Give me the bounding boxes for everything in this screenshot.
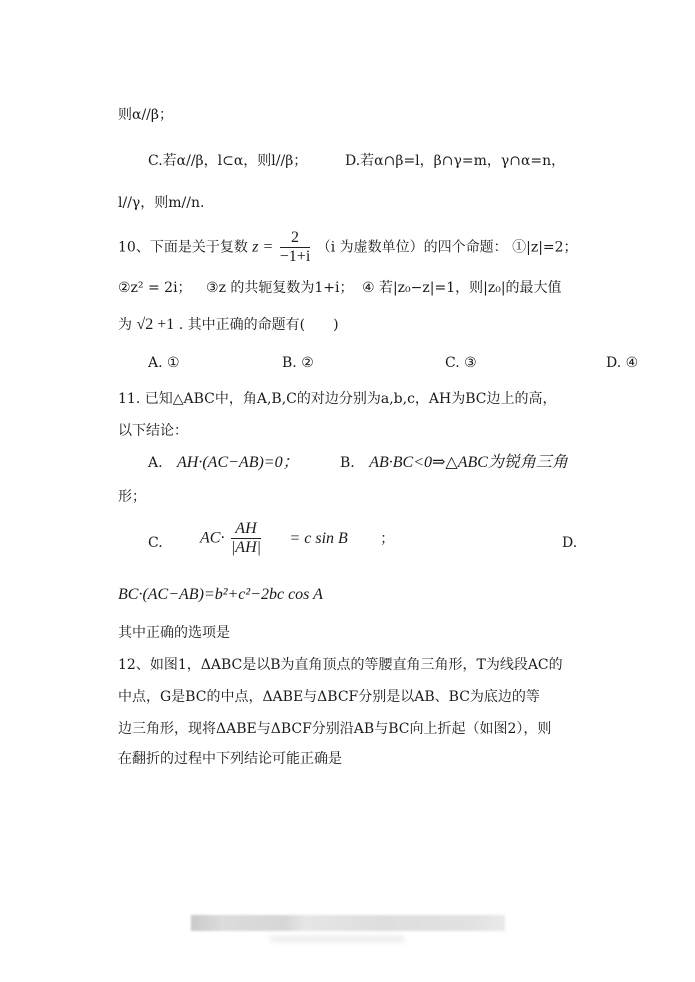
q11-option-c-left: AC· xyxy=(200,530,224,547)
q10-line2: ②z² = 2i； ③z 的共轭复数为1+i； ④ 若|z₀−z|=1，则|z₀… xyxy=(118,277,562,299)
q10-prefix: 10、下面是关于复数 xyxy=(118,240,248,256)
q10-option-d-value: ④ xyxy=(626,355,639,371)
q10-line3: 为 √2 +1 . 其中正确的命题有( ) xyxy=(118,314,339,336)
q10-fraction: 2 −1+i xyxy=(280,229,311,266)
q10-middle: （i 为虚数单位）的四个命题： xyxy=(317,240,508,256)
q10-option-b-value: ② xyxy=(301,355,314,371)
q10-sqrt-expr: √2 +1 xyxy=(136,316,174,333)
q10-z-eq: z = xyxy=(252,239,273,256)
blurred-watermark xyxy=(191,915,505,931)
q10-option-d: D. ④ xyxy=(606,352,638,374)
q12-line4: 在翻折的过程中下列结论可能正确是 xyxy=(118,748,342,770)
q10-line3-suffix: . 其中正确的命题有( ) xyxy=(179,317,339,333)
q10-option-b-label: B. xyxy=(282,355,297,371)
q12-line2: 中点，G是BC的中点，ΔABE与ΔBCF分别是以AB、BC为底边的等 xyxy=(118,686,540,708)
q11-line2: 以下结论： xyxy=(118,420,188,442)
q10-option-a-label: A. xyxy=(148,355,163,371)
q11-option-c-label: C. xyxy=(148,532,163,554)
q11-line1: 11. 已知△ABC中，角A,B,C的对边分别为a,b,c，AH为BC边上的高， xyxy=(118,388,557,410)
q10-frac-num: 2 xyxy=(280,229,311,247)
q11-option-c-right: = c sin B xyxy=(289,530,347,547)
q11-option-c-den: |AH| xyxy=(231,538,261,557)
q10-option-b: B. ② xyxy=(282,352,314,374)
q10-line3-prefix: 为 xyxy=(118,317,132,333)
q11-option-d-label: D. xyxy=(562,532,577,554)
q11-option-a: A. AH·(AC−AB)=0； xyxy=(148,452,299,474)
q11-option-b-label: B. xyxy=(340,455,355,471)
q11-option-c-end: ； xyxy=(380,531,394,547)
q10-line1: 10、下面是关于复数 z = 2 −1+i （i 为虚数单位）的四个命题： ①|… xyxy=(118,229,578,266)
q12-line1: 12、如图1，ΔABC是以B为直角顶点的等腰直角三角形，T为线段AC的 xyxy=(118,654,563,676)
q11-option-c-expr: AC· AH |AH| = c sin B ； xyxy=(200,520,394,557)
q11-closing: 其中正确的选项是 xyxy=(118,622,230,644)
q11-option-b-expr: AB·BC<0⇒△ABC为锐角三角 xyxy=(369,454,568,471)
q10-proposition-3: ③z 的共轭复数为1+i； xyxy=(206,280,354,296)
q10-proposition-2: ②z² = 2i； xyxy=(118,280,192,296)
q10-frac-den: −1+i xyxy=(280,247,311,266)
q10-option-a: A. ① xyxy=(148,352,180,374)
q10-proposition-1: ①|z|=2； xyxy=(512,240,577,256)
q11-option-d-expr: BC·(AC−AB)=b²+c²−2bc cos A xyxy=(118,584,323,606)
q9-option-d: D.若α∩β=l，β∩γ=m，γ∩α=n， xyxy=(345,150,565,172)
q11-option-c-num: AH xyxy=(231,520,261,538)
q10-option-d-label: D. xyxy=(606,355,621,371)
q11-option-b-cont: 形； xyxy=(118,486,146,508)
q11-option-a-expr: AH·(AC−AB)=0； xyxy=(177,454,299,471)
q11-option-c-fraction: AH |AH| xyxy=(231,520,261,557)
q10-option-c-value: ③ xyxy=(464,355,477,371)
q10-option-c: C. ③ xyxy=(445,352,477,374)
q12-line3: 边三角形，现将ΔABE与ΔBCF分别沿AB与BC向上折起（如图2），则 xyxy=(118,718,551,740)
q11-option-b: B. AB·BC<0⇒△ABC为锐角三角 xyxy=(340,452,568,474)
blurred-watermark-sub xyxy=(270,935,405,943)
q10-option-a-value: ① xyxy=(167,355,180,371)
q9-line3: l//γ，则m//n. xyxy=(118,192,204,214)
q11-option-a-label: A. xyxy=(148,455,163,471)
q9-line1: 则α//β； xyxy=(118,104,173,126)
q10-proposition-4: ④ 若|z₀−z|=1，则|z₀|的最大值 xyxy=(362,280,562,296)
q9-option-c: C.若α//β，l⊂α，则l//β； xyxy=(148,150,307,172)
q10-option-c-label: C. xyxy=(445,355,460,371)
